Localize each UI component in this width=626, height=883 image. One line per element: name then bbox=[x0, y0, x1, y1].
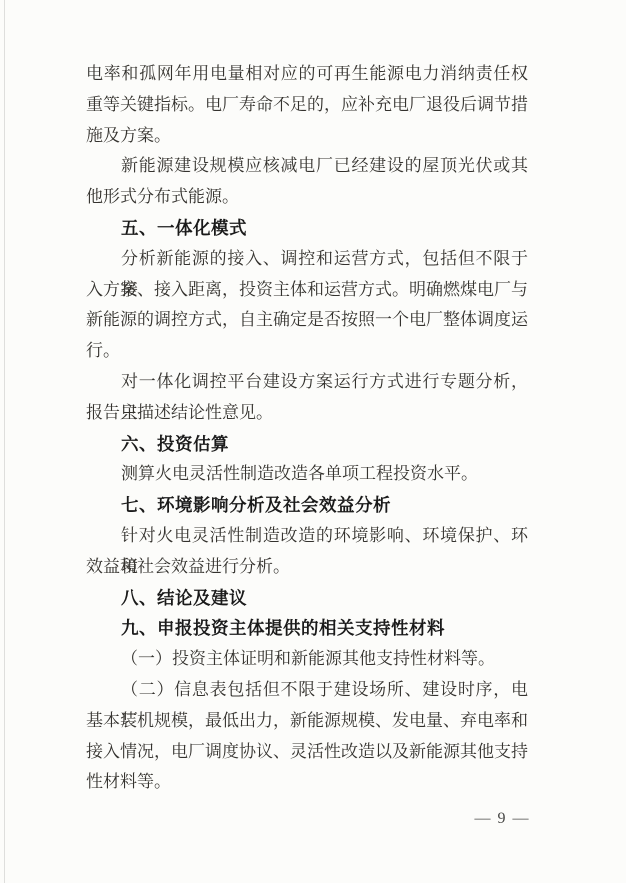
text-line: 行。 bbox=[86, 336, 528, 367]
text-line: 对一体化调控平台建设方案运行方式进行专题分析，主 bbox=[86, 367, 528, 398]
text-line: 性材料等。 bbox=[86, 767, 528, 798]
text-line: 入方案、接入距离，投资主体和运营方式。明确燃煤电厂与 bbox=[86, 275, 528, 306]
text-line: 分析新能源的接入、调控和运营方式，包括但不限于接 bbox=[86, 244, 528, 275]
text-line: 重等关键指标。电厂寿命不足的，应补充电厂退役后调节措 bbox=[86, 90, 528, 121]
text-line: 效益和社会效益进行分析。 bbox=[86, 552, 528, 583]
text-line: 报告只描述结论性意见。 bbox=[86, 398, 528, 429]
text-line: 针对火电灵活性制造改造的环境影响、环境保护、环境 bbox=[86, 521, 528, 552]
page-number: — 9 — bbox=[86, 810, 530, 828]
text-line: 新能源建设规模应核减电厂已经建设的屋顶光伏或其 bbox=[86, 151, 528, 182]
scan-edge-artifact bbox=[4, 0, 5, 883]
text-line: 电率和孤网年用电量相对应的可再生能源电力消纳责任权 bbox=[86, 59, 528, 90]
document-page: 电率和孤网年用电量相对应的可再生能源电力消纳责任权重等关键指标。电厂寿命不足的，… bbox=[0, 0, 626, 883]
text-line: 他形式分布式能源。 bbox=[86, 182, 528, 213]
text-line: （二）信息表包括但不限于建设场所、建设时序，电厂 bbox=[86, 675, 528, 706]
section-heading: 六、投资估算 bbox=[86, 429, 528, 460]
section-heading: 九、申报投资主体提供的相关支持性材料 bbox=[86, 613, 528, 644]
section-heading: 五、一体化模式 bbox=[86, 213, 528, 244]
text-line: 新能源的调控方式，自主确定是否按照一个电厂整体调度运 bbox=[86, 305, 528, 336]
section-heading: 七、环境影响分析及社会效益分析 bbox=[86, 490, 528, 521]
document-body: 电率和孤网年用电量相对应的可再生能源电力消纳责任权重等关键指标。电厂寿命不足的，… bbox=[86, 59, 528, 798]
text-line: 基本装机规模，最低出力，新能源规模、发电量、弃电率和 bbox=[86, 706, 528, 737]
text-line: 施及方案。 bbox=[86, 121, 528, 152]
text-line: 测算火电灵活性制造改造各单项工程投资水平。 bbox=[86, 459, 528, 490]
text-line: 接入情况，电厂调度协议、灵活性改造以及新能源其他支持 bbox=[86, 737, 528, 768]
section-heading: 八、结论及建议 bbox=[86, 583, 528, 614]
text-line: （一）投资主体证明和新能源其他支持性材料等。 bbox=[86, 644, 528, 675]
